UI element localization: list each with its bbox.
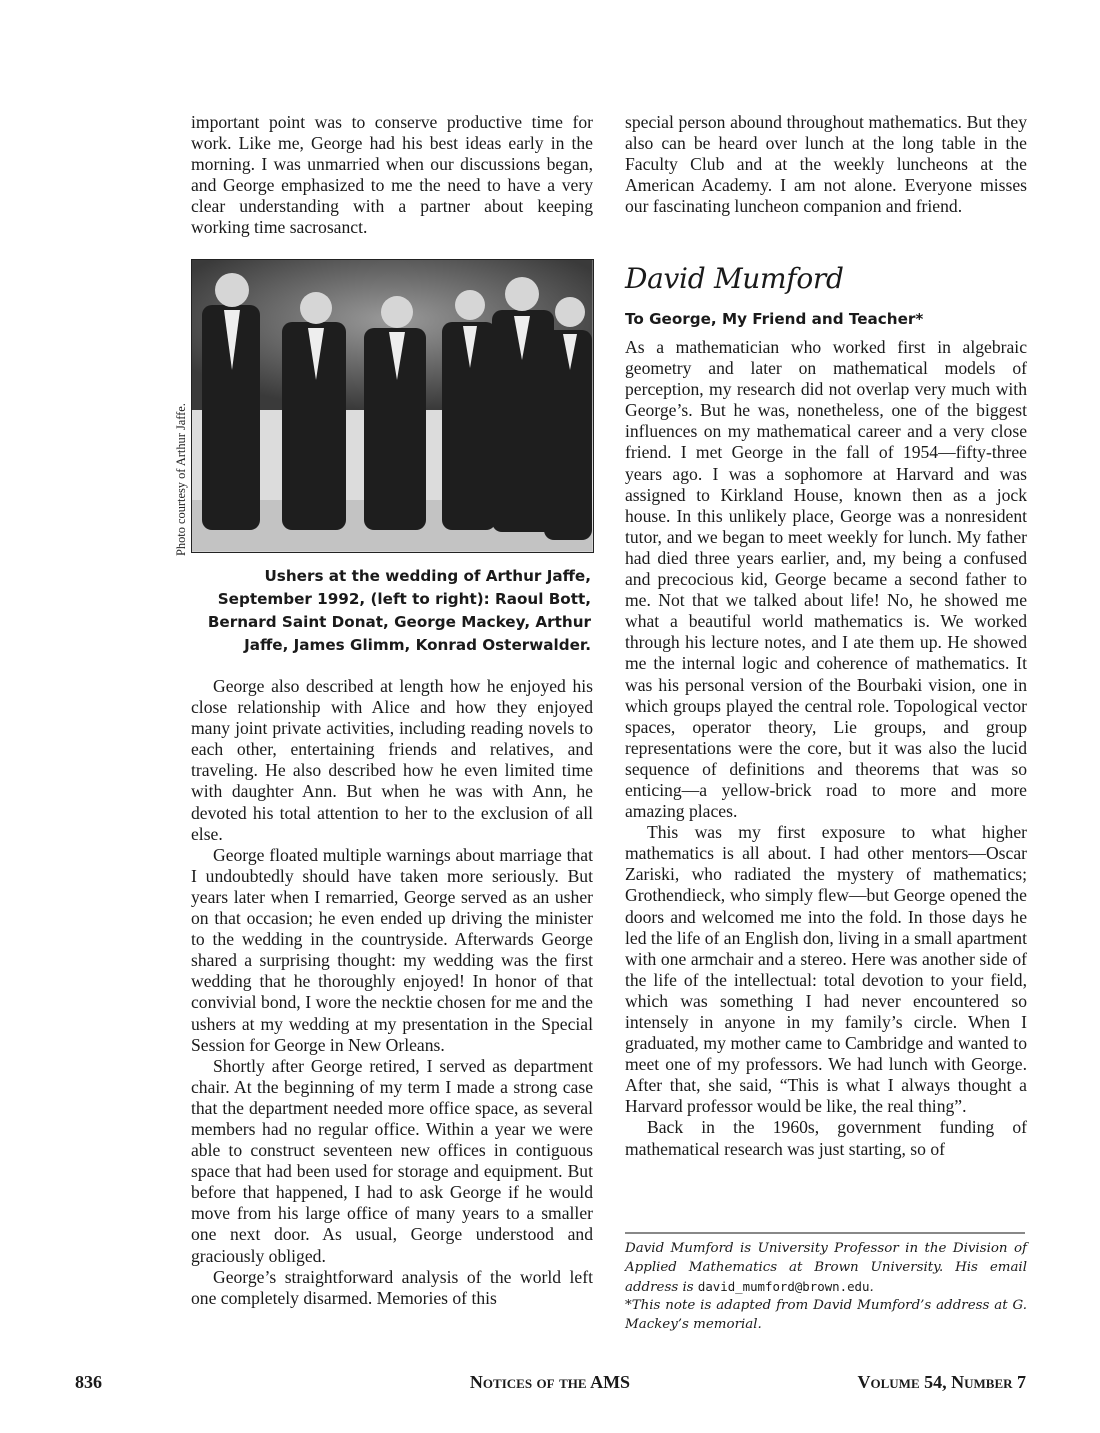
left-column-top: important point was to conserve producti… — [191, 112, 593, 239]
photo-illustration — [192, 260, 592, 551]
paragraph: Back in the 1960s, government funding of… — [625, 1117, 1027, 1159]
section-title: David Mumford — [625, 262, 844, 295]
volume-info: Volume 54, Number 7 — [858, 1372, 1027, 1393]
section-subtitle: To George, My Friend and Teacher* — [625, 310, 923, 328]
left-column-body: George also described at length how he e… — [191, 676, 593, 1309]
right-column-top: special person abound throughout mathema… — [625, 112, 1027, 217]
author-bio: David Mumford is University Professor in… — [625, 1240, 1027, 1297]
bio-end: . — [869, 1280, 873, 1295]
paragraph: George floated multiple warnings about m… — [191, 845, 593, 1056]
paragraph: George also described at length how he e… — [191, 676, 593, 845]
paragraph: This was my first exposure to what highe… — [625, 822, 1027, 1117]
paragraph: Shortly after George retired, I served a… — [191, 1056, 593, 1267]
footnote: David Mumford is University Professor in… — [625, 1240, 1027, 1335]
right-column-body: As a mathematician who worked first in a… — [625, 337, 1027, 1160]
paragraph: important point was to conserve producti… — [191, 112, 593, 239]
photo-caption: Ushers at the wedding of Arthur Jaffe, S… — [191, 565, 591, 657]
paragraph: As a mathematician who worked first in a… — [625, 337, 1027, 822]
paragraph: George’s straightforward analysis of the… — [191, 1267, 593, 1309]
adaptation-note: *This note is adapted from David Mumford… — [625, 1297, 1027, 1335]
email-link[interactable]: david_mumford@brown.edu — [698, 1279, 870, 1294]
wedding-photo — [191, 259, 594, 553]
paragraph: special person abound throughout mathema… — [625, 112, 1027, 217]
photo-credit: Photo courtesy of Arthur Jaffe. — [174, 403, 189, 556]
footnote-divider — [625, 1232, 1025, 1234]
